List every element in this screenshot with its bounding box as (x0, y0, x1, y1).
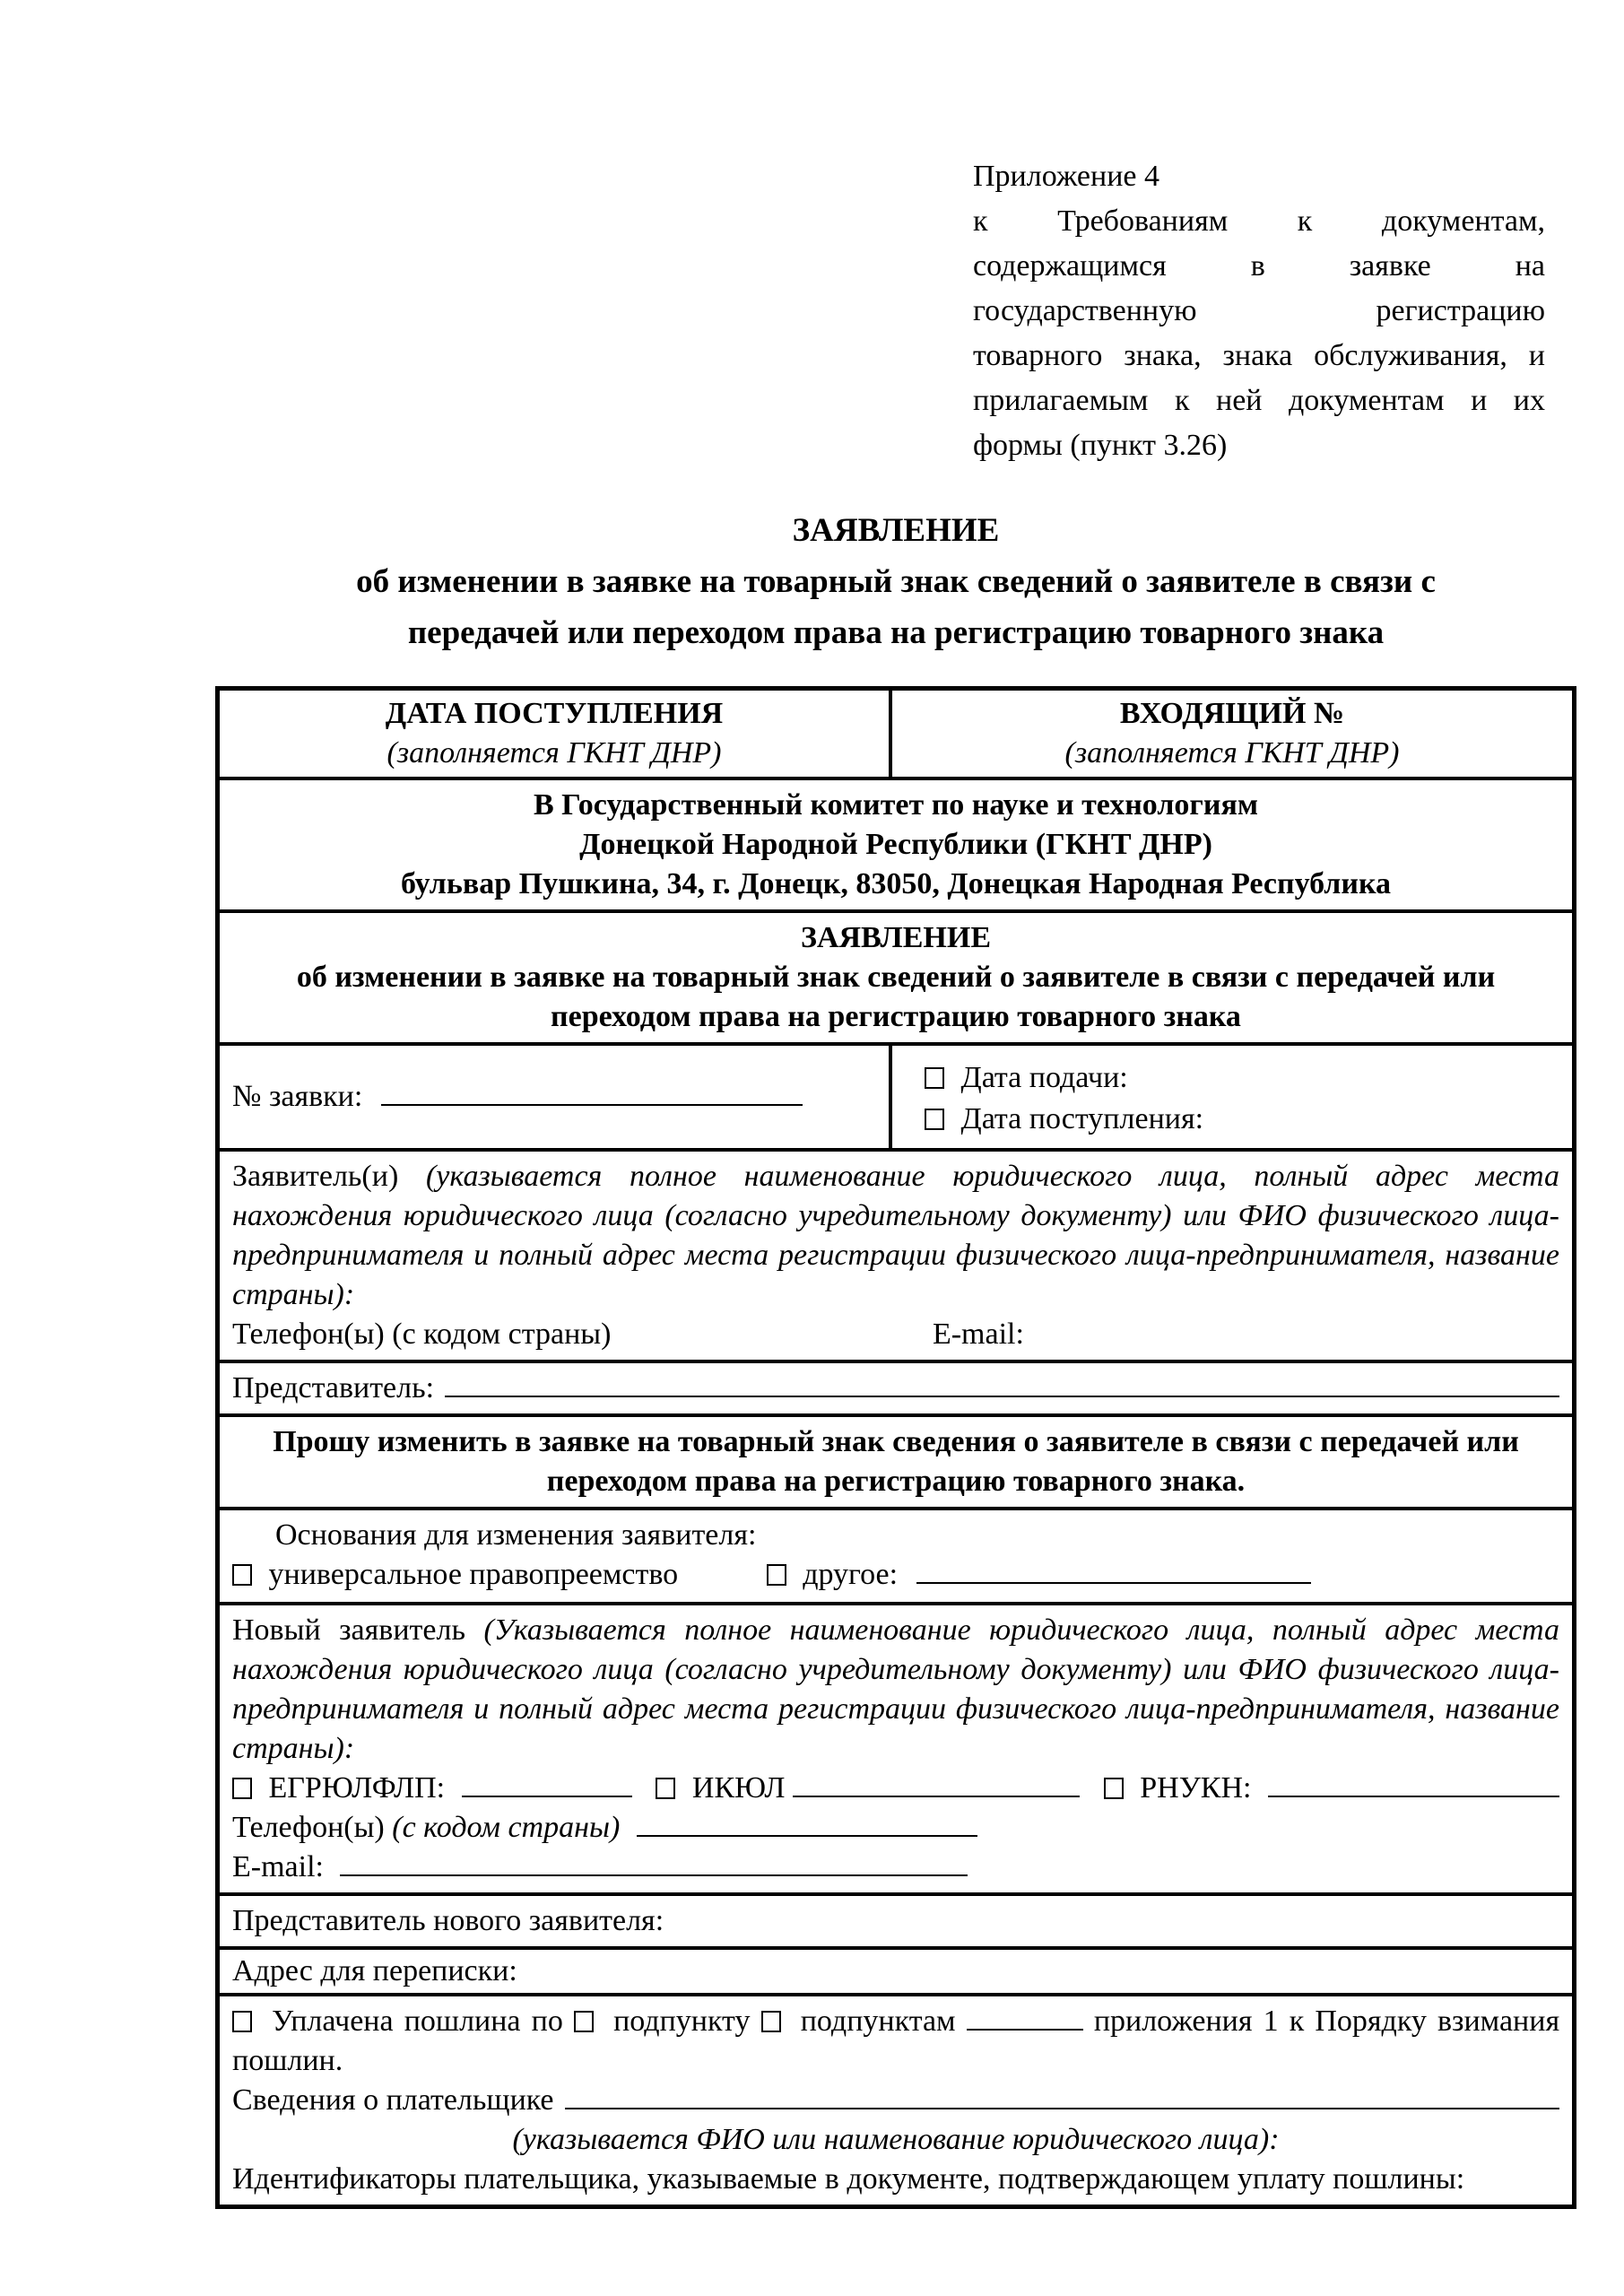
universal-succession-label: универсальное правопреемство (269, 1558, 679, 1591)
new-applicant-phone-note: (с кодом страны) (392, 1811, 620, 1844)
fee-subitems-checkbox[interactable] (761, 2011, 781, 2032)
fee-paid-label: Уплачена пошлина по (272, 2005, 563, 2038)
appendix-line: Приложение 4 (973, 154, 1545, 199)
new-applicant-email-input-line[interactable] (340, 1849, 968, 1876)
incoming-number-note: (заполняется ГКНТ ДНР) (892, 734, 1572, 773)
request-line: Прошу изменить в заявке на товарный знак… (232, 1422, 1559, 1462)
inner-title-line: об изменении в заявке на товарный знак с… (232, 958, 1559, 997)
rnukn-checkbox[interactable] (1104, 1778, 1124, 1799)
application-number-label: № заявки: (232, 1080, 362, 1113)
ikul-input-line[interactable] (793, 1770, 1080, 1797)
payer-identifiers-label: Идентификаторы плательщика, указываемые … (232, 2160, 1559, 2199)
grounds-row: Основания для изменения заявителя: униве… (220, 1507, 1572, 1602)
new-representative-label: Представитель нового заявителя: (232, 1901, 1559, 1941)
addressee-line: В Государственный комитет по науке и тех… (232, 786, 1559, 825)
inner-title-row: ЗАЯВЛЕНИЕ об изменении в заявке на товар… (220, 909, 1572, 1042)
rnukn-label: РНУКН: (1140, 1771, 1251, 1805)
document-title-line: об изменении в заявке на товарный знак с… (215, 556, 1576, 607)
appendix-line: к Требованиям к документам, (973, 199, 1545, 244)
request-line: переходом права на регистрацию товарного… (232, 1462, 1559, 1501)
document-title: ЗАЯВЛЕНИЕ об изменении в заявке на товар… (215, 505, 1576, 658)
application-number-cell: № заявки: (220, 1046, 892, 1148)
fee-subitems-label: подпунктам (801, 2005, 956, 2038)
egrul-label: ЕГРЮЛФЛП: (269, 1771, 446, 1805)
representative-row: Представитель: (220, 1360, 1572, 1413)
application-number-input-line[interactable] (381, 1079, 803, 1106)
fee-subitem-label: подпункту (613, 2005, 750, 2038)
date-filed-label: Дата подачи: (961, 1061, 1128, 1094)
new-applicant-label: Новый заявитель (232, 1613, 465, 1647)
scanned-form-page: Приложение 4 к Требованиям к документам,… (0, 0, 1624, 2296)
date-received-note: (заполняется ГКНТ ДНР) (220, 734, 889, 773)
inner-title-line: ЗАЯВЛЕНИЕ (232, 918, 1559, 958)
request-row: Прошу изменить в заявке на товарный знак… (220, 1413, 1572, 1507)
addressee-row: В Государственный комитет по науке и тех… (220, 777, 1572, 909)
payer-info-label: Сведения о плательщике (232, 2081, 554, 2120)
date-received-cell: ДАТА ПОСТУПЛЕНИЯ (заполняется ГКНТ ДНР) (220, 691, 892, 777)
document-title-line: ЗАЯВЛЕНИЕ (215, 505, 1576, 556)
applicant-email-label: E-mail: (933, 1318, 1024, 1351)
correspondence-label: Адрес для переписки: (232, 1952, 1559, 1991)
other-ground-checkbox[interactable] (767, 1564, 786, 1586)
fee-subitems-input-line[interactable] (967, 2004, 1083, 2031)
egrul-input-line[interactable] (462, 1770, 632, 1797)
new-applicant-email-label: E-mail: (232, 1850, 324, 1883)
application-dates-cell: Дата подачи: Дата поступления: (892, 1046, 1572, 1148)
fee-appendix-text: приложения 1 к Порядку взимания (1094, 2005, 1559, 2038)
incoming-number-label: ВХОДЯЩИЙ № (892, 694, 1572, 734)
grounds-label: Основания для изменения заявителя: (232, 1516, 1559, 1555)
ikul-group: ИКЮЛ (656, 1769, 1080, 1808)
fee-tail-text: пошлин. (232, 2041, 1559, 2081)
appendix-line: содержащимся в заявке на (973, 244, 1545, 289)
appendix-line: товарного знака, знака обслуживания, и (973, 334, 1545, 378)
payer-info-note: (указывается ФИО или наименование юридич… (232, 2120, 1559, 2160)
new-applicant-phone-label: Телефон(ы) (232, 1811, 385, 1844)
addressee-line: бульвар Пушкина, 34, г. Донецк, 83050, Д… (232, 865, 1559, 904)
appendix-line: прилагаемым к ней документам и их (973, 378, 1545, 423)
payer-info-input-line[interactable] (565, 2083, 1559, 2109)
ikul-checkbox[interactable] (656, 1778, 675, 1799)
incoming-number-cell: ВХОДЯЩИЙ № (заполняется ГКНТ ДНР) (892, 691, 1572, 777)
egrul-group: ЕГРЮЛФЛП: (232, 1769, 632, 1808)
rnukn-group: РНУКН: (1104, 1769, 1559, 1808)
date-filed-checkbox[interactable] (925, 1067, 944, 1089)
other-ground-input-line[interactable] (916, 1557, 1311, 1584)
form-table: ДАТА ПОСТУПЛЕНИЯ (заполняется ГКНТ ДНР) … (215, 686, 1576, 2209)
fee-row: Уплачена пошлина по подпункту подпунктам… (220, 1993, 1572, 2205)
other-ground-label: другое: (803, 1558, 898, 1591)
document-title-line: передачей или переходом права на регистр… (215, 607, 1576, 658)
inner-title-line: переходом права на регистрацию товарного… (232, 997, 1559, 1037)
appendix-reference-block: Приложение 4 к Требованиям к документам,… (973, 154, 1545, 468)
header-row: ДАТА ПОСТУПЛЕНИЯ (заполняется ГКНТ ДНР) … (220, 691, 1572, 777)
appendix-line: формы (пункт 3.26) (973, 423, 1545, 468)
fee-subitem-checkbox[interactable] (574, 2011, 594, 2032)
applicant-label: Заявитель(и) (232, 1160, 398, 1193)
new-representative-row: Представитель нового заявителя: (220, 1892, 1572, 1946)
date-received-label: ДАТА ПОСТУПЛЕНИЯ (220, 694, 889, 734)
addressee-line: Донецкой Народной Республики (ГКНТ ДНР) (232, 825, 1559, 865)
egrul-checkbox[interactable] (232, 1778, 252, 1799)
representative-label: Представитель: (232, 1369, 434, 1408)
applicant-note: (указывается полное наименование юридиче… (232, 1160, 1559, 1311)
applicant-phone-label: Телефон(ы) (с кодом страны) (232, 1318, 611, 1351)
new-applicant-row: Новый заявитель (Указывается полное наим… (220, 1602, 1572, 1892)
appendix-line: государственную регистрацию (973, 289, 1545, 334)
fee-paid-checkbox[interactable] (232, 2011, 252, 2032)
universal-succession-checkbox[interactable] (232, 1564, 252, 1586)
applicant-row: Заявитель(и) (указывается полное наимено… (220, 1148, 1572, 1360)
new-applicant-phone-input-line[interactable] (637, 1810, 977, 1837)
rnukn-input-line[interactable] (1268, 1770, 1559, 1797)
correspondence-row: Адрес для переписки: (220, 1946, 1572, 1993)
application-number-row: № заявки: Дата подачи: Дата поступления: (220, 1042, 1572, 1148)
date-received-checkbox[interactable] (925, 1109, 944, 1130)
date-received-label: Дата поступления: (961, 1102, 1204, 1135)
ikul-label: ИКЮЛ (692, 1771, 786, 1805)
representative-input-line[interactable] (445, 1370, 1559, 1397)
